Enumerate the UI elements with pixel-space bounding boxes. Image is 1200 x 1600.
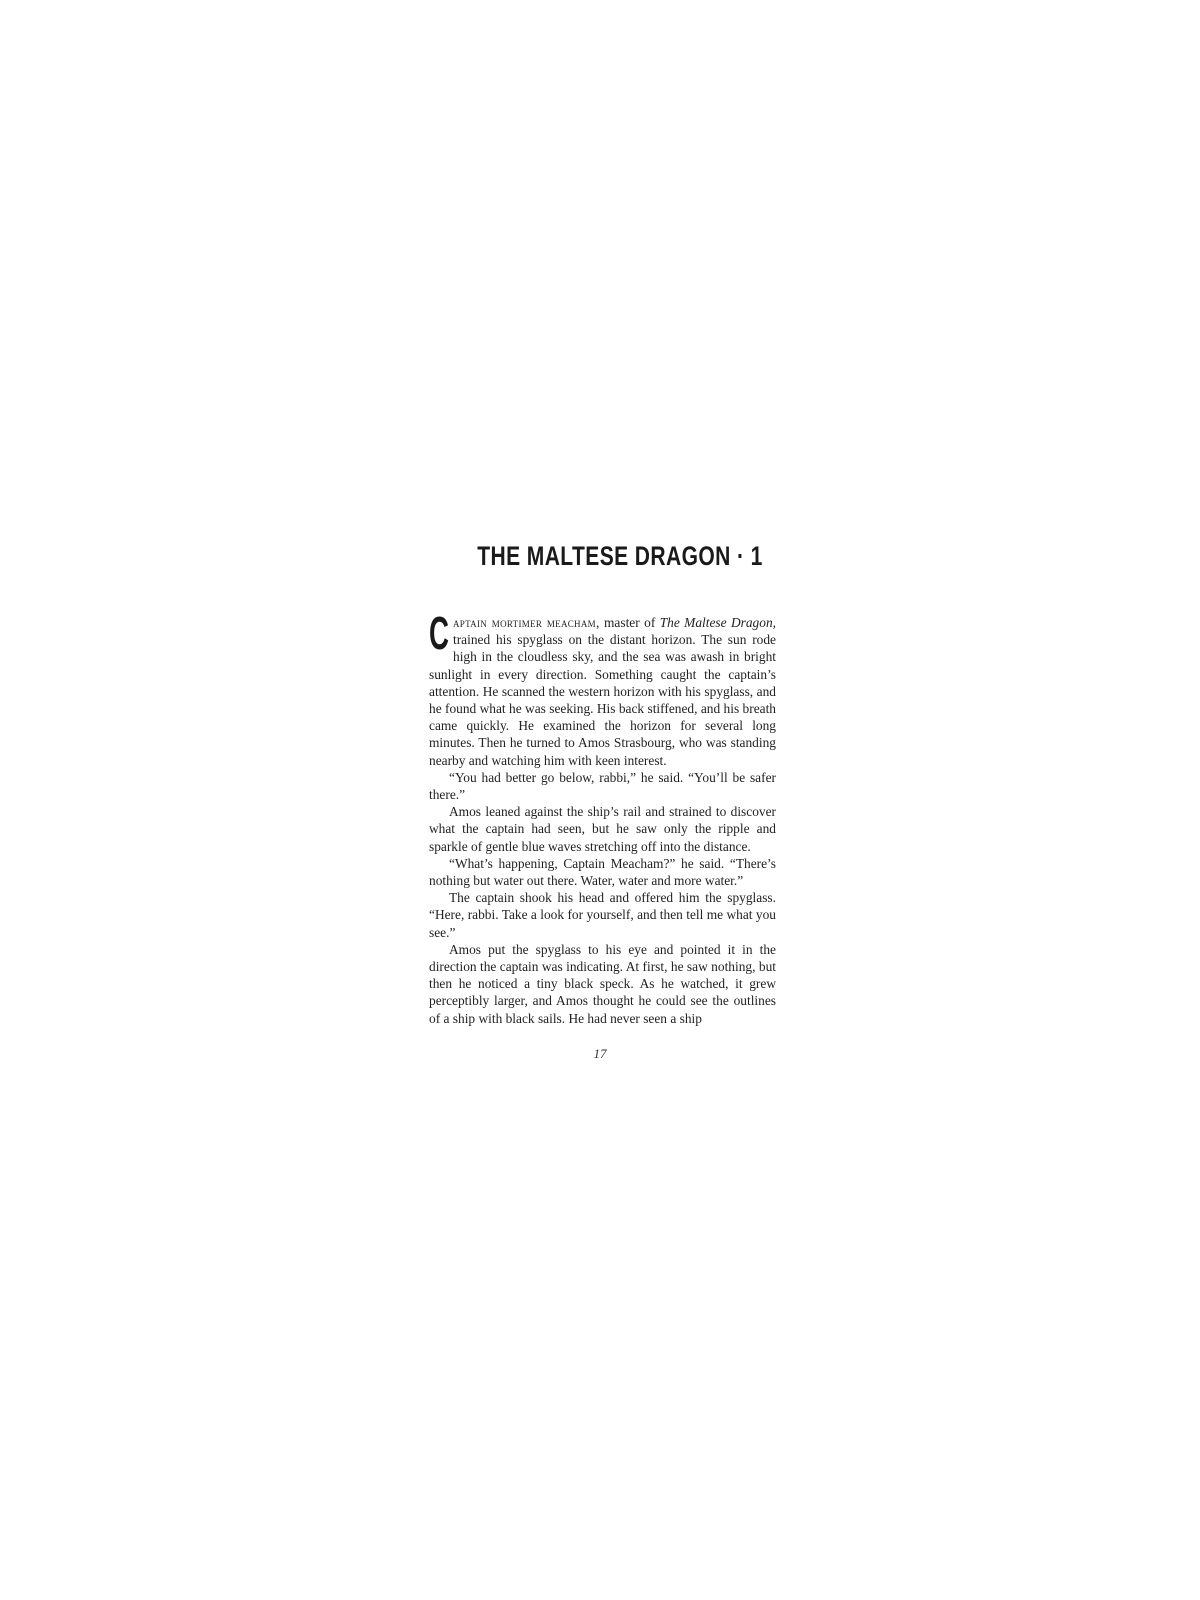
ship-name: The Maltese Dragon,: [660, 615, 776, 630]
paragraph: Amos put the spyglass to his eye and poi…: [429, 941, 776, 1027]
paragraph: Amos leaned against the ship’s rail and …: [429, 803, 776, 855]
paragraph: The captain shook his head and offered h…: [429, 889, 776, 941]
opening-small-caps: aptain mortimer meacham,: [453, 615, 600, 630]
paragraph: “You had better go below, rabbi,” he sai…: [429, 769, 776, 803]
page-number: 17: [560, 1046, 640, 1062]
drop-cap: C: [429, 615, 441, 651]
opening-text-1: master of: [600, 615, 660, 630]
book-page: THE MALTESE DRAGON · 1 Captain mortimer …: [0, 0, 1200, 1600]
chapter-body: Captain mortimer meacham, master of The …: [429, 614, 776, 1027]
opening-paragraph: Captain mortimer meacham, master of The …: [429, 614, 776, 769]
opening-text-2: trained his spyglass on the distant hori…: [429, 632, 776, 767]
chapter-title: THE MALTESE DRAGON · 1: [472, 541, 768, 572]
paragraph: “What’s happening, Captain Meacham?” he …: [429, 855, 776, 889]
